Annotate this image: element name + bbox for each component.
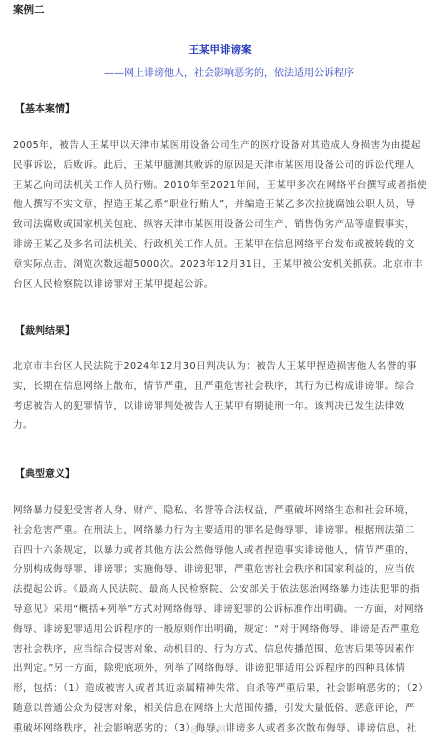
text-line: 实，长期在信息网络上散布，情节严重，且严重危害社会秩序，其行为已构成诽谤罪。综合: [13, 377, 429, 397]
text-line: 分别构成侮辱罪、诽谤罪；实施侮辱、诽谤犯罪，严重危害社会秩序和国家利益的，应当依: [13, 560, 429, 580]
text-line: 2005年，被告人王某甲以天津市某医用设备公司生产的医疗设备对其造成人身损害为由…: [13, 136, 429, 156]
case-label: 案例二: [13, 2, 45, 17]
text-line: 侮辱、诽谤犯罪适用公诉程序的一般原则作出明确，规定：“对于网络侮辱、诽谤是否严重…: [13, 620, 429, 640]
text-line: 随意以普通公众为侵害对象，相关信息在网络上大范围传播，引发大量低俗、恶意评论，严: [13, 699, 429, 719]
text-line: 民事诉讼，后败诉。此后，王某甲臆测其败诉的原因是天津市某医用设备公司的诉讼代理人: [13, 156, 429, 176]
text-line: 章实际点击、浏览次数远超5000次。2023年12月31日，王某甲被公安机关抓获…: [13, 255, 429, 275]
text-line: 出判定。”另一方面，除兜底项外，列举了网络侮辱、诽谤犯罪适用公诉程序的四种具体情: [13, 659, 429, 679]
section-heading-judgment: 【裁判结果】: [15, 322, 75, 337]
case-title: 王某甲诽谤案: [0, 42, 440, 57]
text-line: 法提起公诉。《最高人民法院、最高人民检察院、公安部关于依法惩治网络暴力违法犯罪的…: [13, 580, 429, 600]
text-line: 致司法腐败或国家机关包庇、纵容天津市某医用设备公司生产、销售伪劣产品等虚假事实，: [13, 215, 429, 235]
watermark: @人民网: [190, 722, 240, 738]
significance-paragraph: 网络暴力侵犯受害者人身、财产、隐私、名誉等合法权益，严重破坏网络生态和社会环境，…: [13, 501, 429, 739]
text-line: 社会危害严重。在刑法上，网络暴力行为主要适用的罪名是侮辱罪、诽谤罪。根据刑法第二: [13, 521, 429, 541]
text-line: 王某乙向司法机关工作人员行贿。2010年至2021年间，王某甲多次在网络平台撰写…: [13, 176, 429, 196]
text-line: 考虑被告人的犯罪情节，以诽谤罪判处被告人王某甲有期徒刑一年。该判决已发生法律效: [13, 397, 429, 417]
case-subtitle: ——网上诽谤他人，社会影响恶劣的，依法适用公诉程序: [0, 64, 440, 79]
judgment-paragraph: 北京市丰台区人民法院于2024年12月30日判决认为：被告人王某甲捏造损害他人名…: [13, 357, 429, 436]
section-heading-basic-facts: 【基本案情】: [15, 100, 75, 115]
text-line: 害社会秩序，应当综合侵害对象、动机目的、行为方式、信息传播范围、危害后果等因素作: [13, 640, 429, 660]
text-line: 北京市丰台区人民法院于2024年12月30日判决认为：被告人王某甲捏造损害他人名…: [13, 357, 429, 377]
text-line: 力。: [13, 416, 429, 436]
text-line: 他人撰写不实文章，捏造王某乙系“职业行贿人”，并编造王某乙多次拉拢腐蚀公职人员，…: [13, 195, 429, 215]
text-line: 导意见》采用“概括+列举”方式对网络侮辱、诽谤犯罪的公诉标准作出明确。一方面，对…: [13, 600, 429, 620]
text-line: 台区人民检察院以诽谤罪对王某甲提起公诉。: [13, 275, 429, 295]
section-heading-significance: 【典型意义】: [15, 465, 75, 480]
text-line: 百四十六条规定，以暴力或者其他方法公然侮辱他人或者捏造事实诽谤他人，情节严重的，: [13, 541, 429, 561]
basic-facts-paragraph: 2005年，被告人王某甲以天津市某医用设备公司生产的医疗设备对其造成人身损害为由…: [13, 136, 429, 294]
text-line: 网络暴力侵犯受害者人身、财产、隐私、名誉等合法权益，严重破坏网络生态和社会环境，: [13, 501, 429, 521]
text-line: 诽谤王某乙及多名司法机关、行政机关工作人员。王某甲在信息网络平台发布或被转载的文: [13, 235, 429, 255]
text-line: 形，包括：（1）造成被害人或者其近亲属精神失常、自杀等严重后果，社会影响恶劣的；…: [13, 679, 429, 699]
